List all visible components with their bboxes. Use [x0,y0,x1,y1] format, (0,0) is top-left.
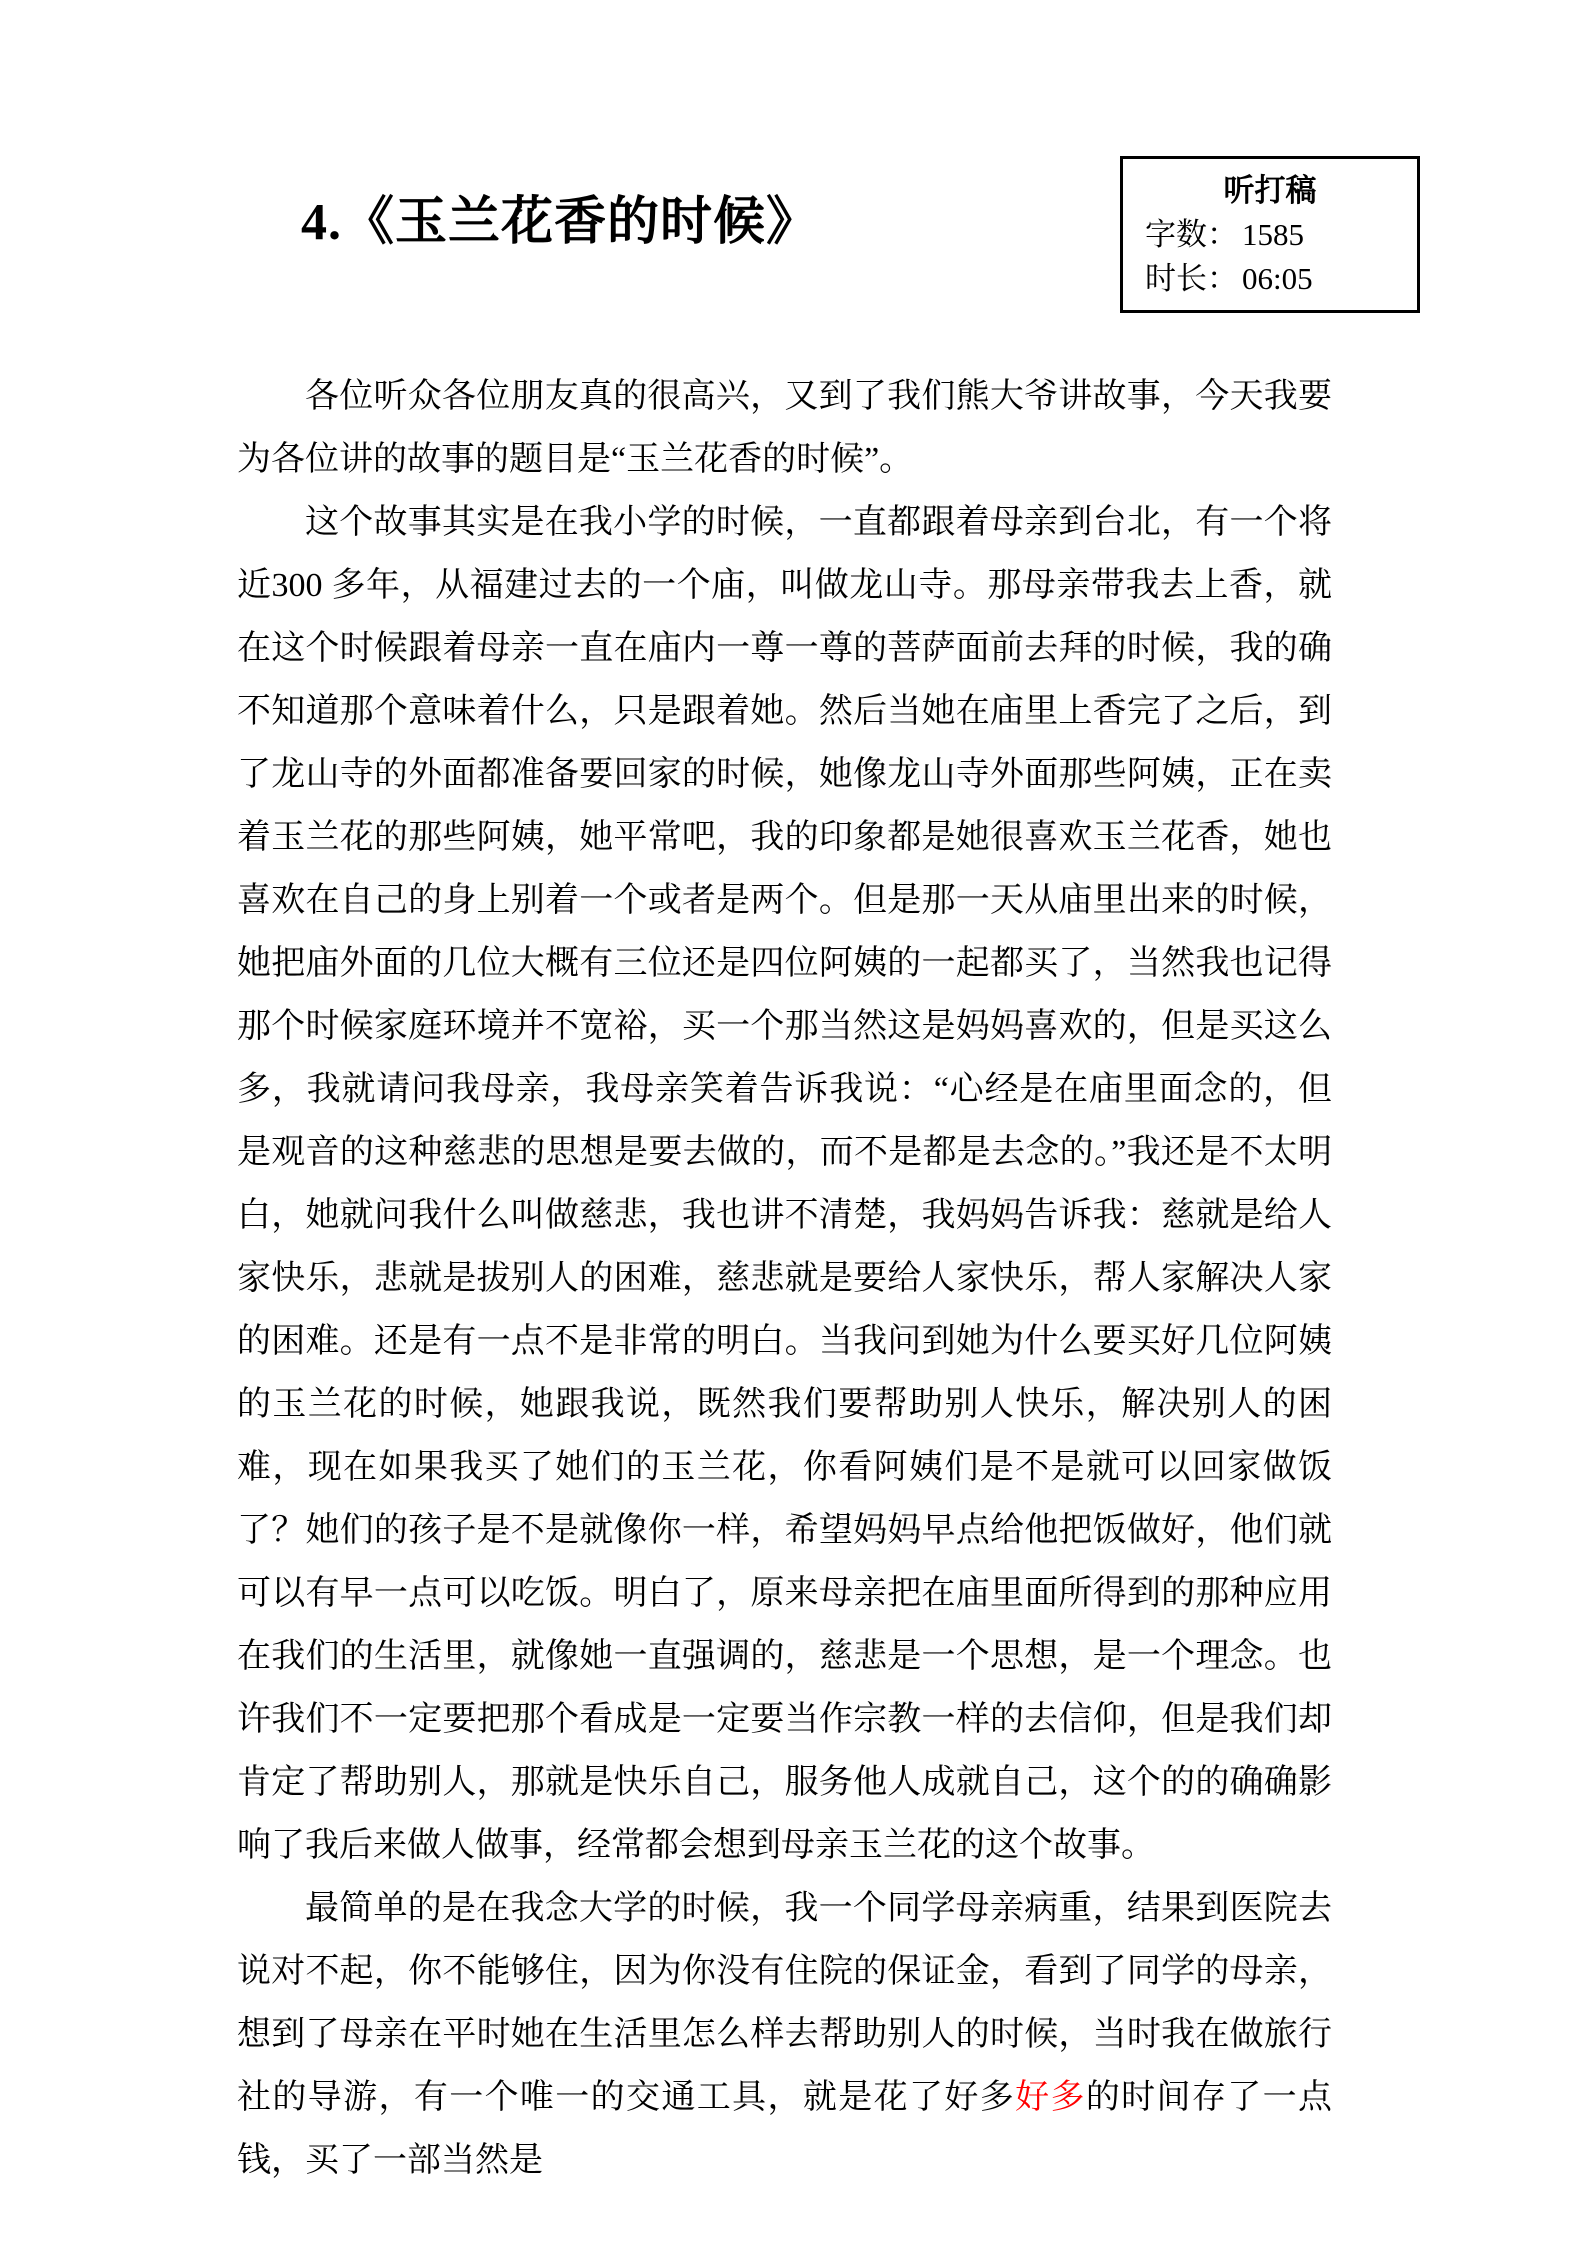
paragraph-1: 各位听众各位朋友真的很高兴，又到了我们熊大爷讲故事，今天我要为各位讲的故事的题目… [237,365,1332,491]
word-count-row: 字数：1585 [1123,213,1417,257]
document-body: 各位听众各位朋友真的很高兴，又到了我们熊大爷讲故事，今天我要为各位讲的故事的题目… [0,365,1587,2192]
paragraph-3: 最简单的是在我念大学的时候，我一个同学母亲病重，结果到医院去说对不起，你不能够住… [237,1877,1332,2192]
word-count-label: 字数： [1145,217,1238,252]
duration-row: 时长：06:05 [1123,257,1417,301]
transcript-info-box: 听打稿 字数：1585 时长：06:05 [1120,156,1420,313]
document-title: 4.《玉兰花香的时候》 [0,0,1120,253]
duration-label: 时长： [1145,261,1238,296]
document-page: 听打稿 字数：1585 时长：06:05 4.《玉兰花香的时候》 各位听众各位朋… [0,0,1587,2245]
paragraph-3-highlight-red: 好多 [1015,2079,1086,2116]
paragraph-2: 这个故事其实是在我小学的时候，一直都跟着母亲到台北，有一个将近300 多年，从福… [237,491,1332,1877]
word-count-value: 1585 [1238,217,1304,252]
duration-value: 06:05 [1238,261,1313,296]
info-box-heading: 听打稿 [1123,169,1417,213]
